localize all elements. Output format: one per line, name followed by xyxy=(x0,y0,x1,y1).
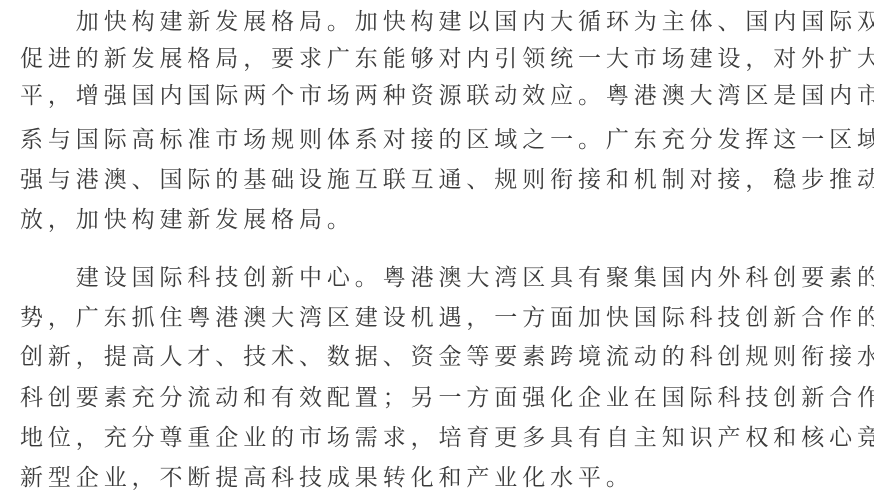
paragraph-line: 放，加快构建新发展格局。 xyxy=(20,200,355,240)
paragraph-line: 平，增强国内国际两个市场两种资源联动效应。粤港澳大湾区是国内市场规则体 xyxy=(20,76,874,116)
paragraph-line: 地位，充分尊重企业的市场需求，培育更多具有自主知识产权和核心竞争力的创 xyxy=(20,418,874,458)
paragraph-line: 新型企业，不断提高科技成果转化和产业化水平。 xyxy=(20,458,634,491)
paragraph-line: 势，广东抓住粤港澳大湾区建设机遇，一方面加快国际科技创新合作的体制机制 xyxy=(20,298,874,338)
paragraph-line: 强与港澳、国际的基础设施互联互通、规则衔接和机制对接，稳步推动制度型开 xyxy=(20,160,874,200)
paragraph-line: 系与国际高标准市场规则体系对接的区域之一。广东充分发挥这一区域优势，加 xyxy=(20,120,874,160)
paragraph-line: 建设国际科技创新中心。粤港澳大湾区具有聚集国内外科创要素的天然优 xyxy=(20,258,874,298)
paragraph-line: 科创要素充分流动和有效配置；另一方面强化企业在国际科技创新合作中的主体 xyxy=(20,378,874,418)
paragraph-line: 加快构建新发展格局。加快构建以国内大循环为主体、国内国际双循环相互 xyxy=(20,2,874,42)
paragraph-line: 创新，提高人才、技术、数据、资金等要素跨境流动的科创规则衔接水平，促进 xyxy=(20,337,874,377)
paragraph-line: 促进的新发展格局，要求广东能够对内引领统一大市场建设，对外扩大开放水 xyxy=(20,39,874,79)
